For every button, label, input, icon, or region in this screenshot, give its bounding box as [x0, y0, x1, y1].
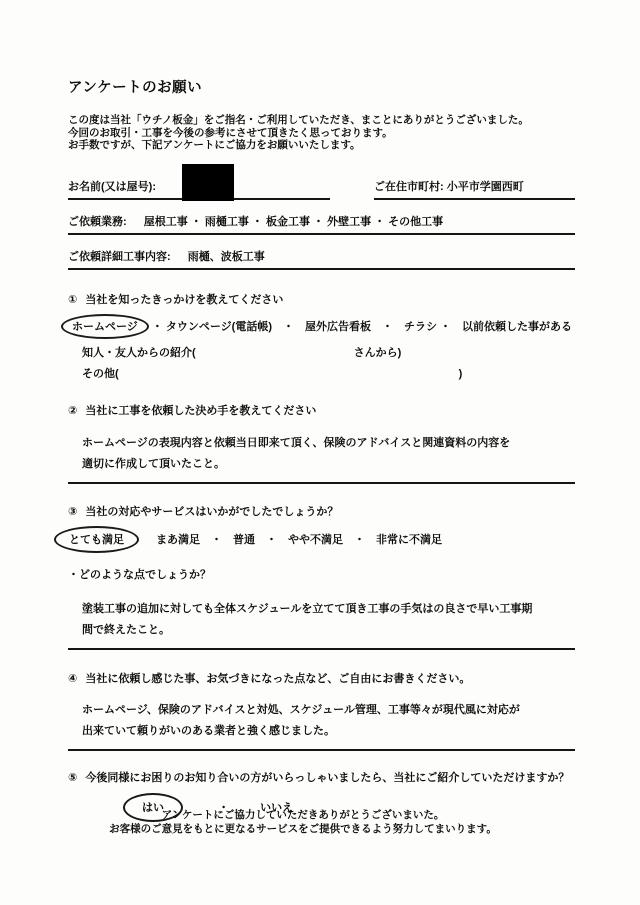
- question-2-answer-line-1: ホームページの表現内容と依頼当日即来て頂く、保険のアドバイスと関連資料の内容を: [82, 433, 575, 454]
- question-1-selected-circle: ホームページ: [61, 314, 149, 339]
- question-4-answer-line-2: 出来ていて頼りがいのある業者と強く感じました。: [82, 721, 575, 742]
- question-3-number: ③: [68, 506, 77, 518]
- question-3-other-options: まあ満足 ・ 普通 ・ やや不満足 ・ 非常に不満足: [156, 534, 442, 546]
- other-prefix: その他(: [82, 368, 119, 380]
- question-3-answer-line-1: 塗装工事の追加に対しても全体スケジュールを立てて頂き工事の手気はの良さで早い工事…: [82, 599, 575, 620]
- question-1-referral-line: 知人・友人からの紹介(さんから): [68, 344, 575, 360]
- question-1-options: ホームページ ・ タウンページ(電話帳) ・ 屋外広告看板 ・ チラシ ・ 以前…: [68, 314, 575, 339]
- question-3: ③当社の対応やサービスはいかがでしたでしょうか？ とても満足 まあ満足 ・ 普通…: [68, 503, 575, 650]
- question-2: ②当社に工事を依頼した決め手を教えてください ホームページの表現内容と依頼当日即…: [68, 402, 575, 484]
- footer-line-2: お客様のご意見をもとに更なるサービスをご提供できるよう努力してまいります。: [68, 822, 538, 836]
- question-1-title: ①当社を知ったきっかけを教えてください: [68, 291, 575, 307]
- question-4: ④当社に依頼し感じた事、お気づきになった点など、ご自由にお書きください。 ホーム…: [68, 670, 575, 751]
- redacted-name-box: [182, 164, 234, 201]
- name-city-row: お名前(又は屋号): ご在住市町村: 小平市学園西町: [68, 178, 575, 200]
- question-3-answer: 塗装工事の追加に対しても全体スケジュールを立てて頂き工事の手気はの良さで早い工事…: [68, 599, 575, 650]
- name-field: お名前(又は屋号):: [68, 178, 330, 200]
- question-4-answer: ホームページ、保険のアドバイスと対処、スケジュール管理、工事等々が現代風に対応が…: [68, 700, 575, 751]
- city-value: 小平市学園西町: [447, 181, 524, 193]
- question-2-answer: ホームページの表現内容と依頼当日即来て頂く、保険のアドバイスと関連資料の内容を …: [68, 433, 575, 484]
- work-detail-label: ご依頼詳細工事内容:: [68, 251, 171, 263]
- intro-paragraph: この度は当社「ウチノ板金」をご指名・ご利用していただき、まことにありがとうござい…: [68, 114, 575, 152]
- question-3-selected-circle: とても満足: [54, 526, 139, 553]
- work-type-label: ご依頼業務:: [68, 216, 127, 228]
- referral-suffix: さんから): [354, 347, 402, 359]
- question-1-text: 当社を知ったきっかけを教えてください: [85, 294, 283, 306]
- question-2-title: ②当社に工事を依頼した決め手を教えてください: [68, 402, 575, 418]
- question-1-other-line: その他(): [68, 365, 575, 381]
- question-3-answer-line-2: 間で終えたこと。: [82, 620, 575, 641]
- page-title: アンケートのお願い: [68, 76, 575, 97]
- name-label: お名前(又は屋号):: [68, 181, 156, 193]
- footer-line-1: アンケートにご協力していただきありがとうございまいた。: [68, 808, 538, 822]
- work-type-options: 屋根工事 ・ 雨樋工事 ・ 板金工事 ・ 外壁工事 ・ その他工事: [144, 216, 443, 228]
- question-4-text: 当社に依頼し感じた事、お気づきになった点など、ご自由にお書きください。: [85, 673, 470, 685]
- question-1: ①当社を知ったきっかけを教えてください ホームページ ・ タウンページ(電話帳)…: [68, 291, 575, 381]
- city-field: ご在住市町村: 小平市学園西町: [374, 178, 575, 200]
- work-type-row: ご依頼業務: 屋根工事 ・ 雨樋工事 ・ 板金工事 ・ 外壁工事 ・ その他工事: [68, 213, 575, 235]
- footer-thanks: アンケートにご協力していただきありがとうございまいた。 お客様のご意見をもとに更…: [68, 808, 538, 836]
- city-label: ご在住市町村:: [374, 181, 444, 193]
- referral-prefix: 知人・友人からの紹介(: [82, 347, 196, 359]
- question-3-sub-question: ・どのような点でしょうか？: [68, 566, 575, 582]
- question-4-answer-line-1: ホームページ、保険のアドバイスと対処、スケジュール管理、工事等々が現代風に対応が: [82, 700, 575, 721]
- question-3-options: とても満足 まあ満足 ・ 普通 ・ やや不満足 ・ 非常に不満足: [68, 526, 575, 553]
- work-detail-row: ご依頼詳細工事内容: 雨樋、波板工事: [68, 248, 575, 270]
- question-2-text: 当社に工事を依頼した決め手を教えてください: [85, 405, 316, 417]
- survey-document: アンケートのお願い この度は当社「ウチノ板金」をご指名・ご利用していただき、まこ…: [0, 0, 640, 905]
- intro-line-2: 今回のお取引・工事を今後の参考にさせて頂きたく思っております。: [68, 127, 575, 140]
- question-5-text: 今後同様にお困りのお知り合いの方がいらっしゃいましたら、当社にご紹介していただけ…: [85, 772, 569, 784]
- question-3-title: ③当社の対応やサービスはいかがでしたでしょうか？: [68, 503, 575, 519]
- question-5-number: ⑤: [68, 772, 77, 784]
- intro-line-3: お手数ですが、下記アンケートにご協力をお願いいたします。: [68, 139, 575, 152]
- question-2-number: ②: [68, 405, 77, 417]
- work-detail-value: 雨樋、波板工事: [188, 251, 265, 263]
- question-4-title: ④当社に依頼し感じた事、お気づきになった点など、ご自由にお書きください。: [68, 670, 575, 686]
- question-1-other-options: ・ タウンページ(電話帳) ・ 屋外広告看板 ・ チラシ ・ 以前依頼した事があ…: [152, 321, 572, 333]
- other-suffix: ): [459, 368, 463, 380]
- intro-line-1: この度は当社「ウチノ板金」をご指名・ご利用していただき、まことにありがとうござい…: [68, 114, 575, 127]
- question-2-answer-line-2: 適切に作成して頂いたこと。: [82, 454, 575, 475]
- question-4-number: ④: [68, 673, 77, 685]
- question-5-title: ⑤今後同様にお困りのお知り合いの方がいらっしゃいましたら、当社にご紹介していただ…: [68, 769, 575, 785]
- question-3-text: 当社の対応やサービスはいかがでしたでしょうか？: [85, 506, 338, 518]
- question-1-number: ①: [68, 294, 77, 306]
